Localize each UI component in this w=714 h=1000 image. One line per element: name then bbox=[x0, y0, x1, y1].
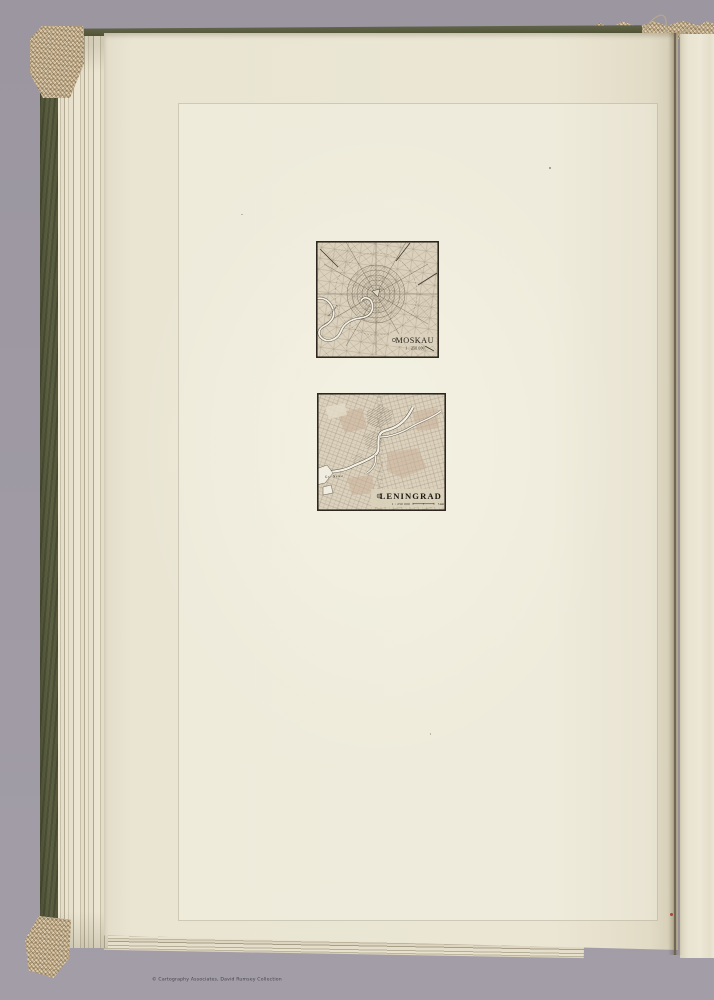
book-gutter bbox=[668, 33, 682, 955]
paper-speck bbox=[549, 167, 551, 169]
leningrad-title: LENINGRAD bbox=[380, 491, 442, 501]
leningrad-scalebar-label: 5 km bbox=[438, 502, 445, 506]
gutter-crease-line bbox=[674, 33, 676, 955]
moskau-inset-map: Moskwa MOSKAU 1 : 250 000 bbox=[316, 241, 439, 358]
moskau-scale: 1 : 250 000 bbox=[405, 347, 425, 351]
plate-impression bbox=[178, 103, 658, 921]
moskau-title: MOSKAU bbox=[396, 336, 435, 345]
paper-speck bbox=[241, 214, 243, 215]
red-speck bbox=[670, 913, 673, 916]
paper-speck bbox=[430, 733, 431, 735]
collection-watermark: © Cartography Associates, David Rumsey C… bbox=[152, 977, 282, 983]
binding-cloth-bottom-left bbox=[25, 916, 71, 978]
atlas-book-photo: Moskwa MOSKAU 1 : 250 000 bbox=[0, 0, 714, 1000]
leningrad-inset-map: Gr. Newa LENINGRAD 1 : 250 000 5 km bbox=[317, 393, 446, 511]
leningrad-scale: 1 : 250 000 bbox=[392, 502, 410, 506]
page-edges-left bbox=[58, 36, 108, 948]
next-page-edge bbox=[680, 34, 714, 958]
